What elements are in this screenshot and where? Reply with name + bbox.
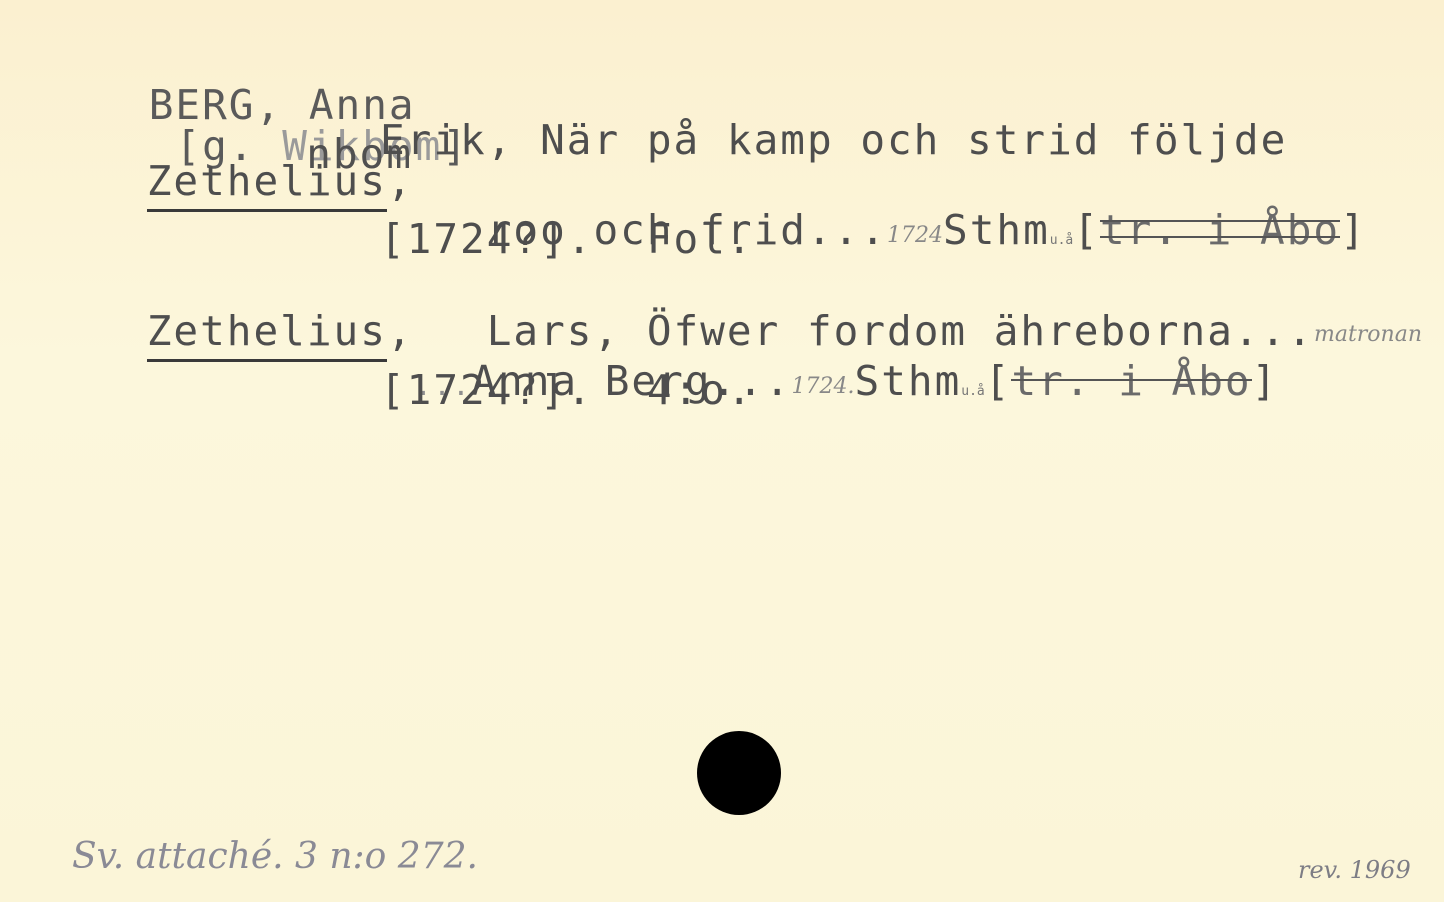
- entry-2-struck-close: ]: [1252, 357, 1279, 405]
- footer-handwritten-note: Sv. attaché. 3 n:o 272.: [72, 836, 478, 877]
- entry-2-title-line-3: [1724?]. 4:o.: [380, 370, 754, 411]
- entry-2-handwritten-insert: matronan: [1314, 322, 1422, 347]
- entry-1-handwritten-year: 1724: [887, 223, 943, 248]
- entry-1-struck-close: ]: [1340, 206, 1367, 254]
- entry-1-place: Sthm: [943, 206, 1050, 254]
- entry-1-title-line-1: Erik, När på kamp och strid följde: [380, 120, 1287, 161]
- entry-2-struck-open: [: [985, 357, 1012, 405]
- entry-2-handwritten-year: 1724.: [792, 374, 855, 399]
- entry-1-author-line: Zethelius,: [40, 120, 414, 243]
- entry-2-place: Sthm: [855, 357, 962, 405]
- catalog-card: BERG, Anna [g. Wikbomnbom] Zethelius, Er…: [0, 0, 1444, 902]
- entry-2-struck-text: tr. i Åbo: [1011, 361, 1251, 402]
- entry-1-place-sup: u.å: [1050, 233, 1073, 248]
- entry-1-title-line-3: [1724?]. Fol.: [380, 219, 754, 260]
- revision-note: rev. 1969: [1298, 856, 1411, 884]
- entry-1-author: Zethelius: [147, 161, 387, 202]
- punch-hole: [697, 731, 781, 815]
- entry-2-place-sup: u.å: [961, 384, 984, 399]
- entry-1-struck-open: [: [1073, 206, 1100, 254]
- entry-1-struck-text: tr. i Åbo: [1100, 210, 1340, 251]
